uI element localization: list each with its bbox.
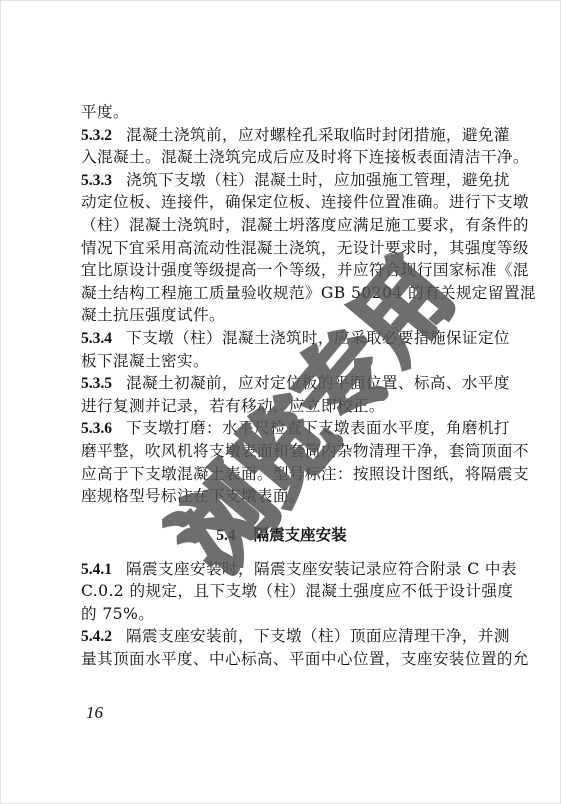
clause-number: 5.3.3	[81, 172, 112, 189]
paragraph-line: 磨平整，吹风机将支墩表面和套筒内杂物清理干净，套筒顶面不	[81, 440, 482, 463]
paragraph-line: C.0.2 的规定，且下支墩（柱）混凝土强度应不低于设计强度	[81, 580, 482, 603]
page-number: 16	[86, 703, 103, 723]
paragraph-line: 情况下宜采用高流动性混凝土浇筑，无设计要求时，其强度等级	[81, 237, 482, 260]
clause-number: 5.3.5	[81, 375, 112, 392]
clause-5-3-5-line-1: 5.3.5混凝土初凝前，应对定位板的平面位置、标高、水平度	[81, 372, 482, 395]
clause-text: 浇筑下支墩（柱）混凝土时，应加强施工管理，避免扰	[126, 171, 510, 189]
paragraph-line: 凝土抗压强度试件。	[81, 304, 482, 327]
paragraph-line: 板下混凝土密实。	[81, 350, 482, 373]
paragraph-line: 动定位板、连接件，确保定位板、连接件位置准确。进行下支墩	[81, 191, 482, 214]
paragraph-line: 的 75%。	[81, 603, 482, 626]
section-title: 隔震支座安装	[254, 525, 347, 544]
paragraph-line: 宜比原设计强度等级提高一个等级，并应符合现行国家标准《混	[81, 259, 482, 282]
clause-text: 混凝土浇筑前，应对螺栓孔采取临时封闭措施，避免灌	[126, 126, 510, 144]
clause-text: 隔震支座安装时，隔震支座安装记录应符合附录 C 中表	[126, 560, 517, 578]
section-number: 5.4	[216, 527, 235, 544]
paragraph-line: 入混凝土。混凝土浇筑完成后应及时将下连接板表面清洁干净。	[81, 146, 482, 169]
paragraph-line: （柱）混凝土浇筑时，混凝土坍落度应满足施工要求，有条件的	[81, 214, 482, 237]
clause-number: 5.3.4	[81, 330, 112, 347]
paragraph-line: 座规格型号标注在下支墩表面。	[81, 485, 482, 508]
paragraph-line: 凝土结构工程施工质量验收规范》GB 50204 的有关规定留置混	[81, 282, 482, 305]
clause-5-3-4-line-1: 5.3.4下支墩（柱）混凝土浇筑时，应采取必要措施保证定位	[81, 327, 482, 350]
clause-text: 混凝土初凝前，应对定位板的平面位置、标高、水平度	[126, 374, 510, 392]
clause-number: 5.4.2	[81, 628, 112, 645]
paragraph-line: 量其顶面水平度、中心标高、平面中心位置，支座安装位置的允	[81, 648, 482, 671]
paragraph-line: 应高于下支墩混凝土表面。型号标注：按照设计图纸，将隔震支	[81, 463, 482, 486]
clause-5-3-3-line-1: 5.3.3浇筑下支墩（柱）混凝土时，应加强施工管理，避免扰	[81, 169, 482, 192]
document-page: 平度。 5.3.2混凝土浇筑前，应对螺栓孔采取临时封闭措施，避免灌 入混凝土。混…	[0, 0, 561, 804]
clause-5-4-1-line-1: 5.4.1隔震支座安装时，隔震支座安装记录应符合附录 C 中表	[81, 558, 482, 581]
clause-text: 隔震支座安装前，下支墩（柱）顶面应清理干净，并测	[126, 627, 510, 645]
page-body: 平度。 5.3.2混凝土浇筑前，应对螺栓孔采取临时封闭措施，避免灌 入混凝土。混…	[81, 101, 482, 671]
clause-number: 5.3.6	[81, 420, 112, 437]
clause-5-4-2-line-1: 5.4.2隔震支座安装前，下支墩（柱）顶面应清理干净，并测	[81, 625, 482, 648]
clause-text: 下支墩（柱）混凝土浇筑时，应采取必要措施保证定位	[126, 329, 510, 347]
clause-text: 下支墩打磨：水平尺检查下支墩表面水平度，角磨机打	[126, 419, 510, 437]
clause-5-3-2-line-1: 5.3.2混凝土浇筑前，应对螺栓孔采取临时封闭措施，避免灌	[81, 124, 482, 147]
clause-number: 5.4.1	[81, 561, 112, 578]
clause-5-3-6-line-1: 5.3.6下支墩打磨：水平尺检查下支墩表面水平度，角磨机打	[81, 417, 482, 440]
paragraph-line: 进行复测并记录，若有移动，应立即校正。	[81, 395, 482, 418]
paragraph-line: 平度。	[81, 101, 482, 124]
clause-number: 5.3.2	[81, 127, 112, 144]
section-heading: 5.4隔震支座安装	[81, 512, 482, 556]
